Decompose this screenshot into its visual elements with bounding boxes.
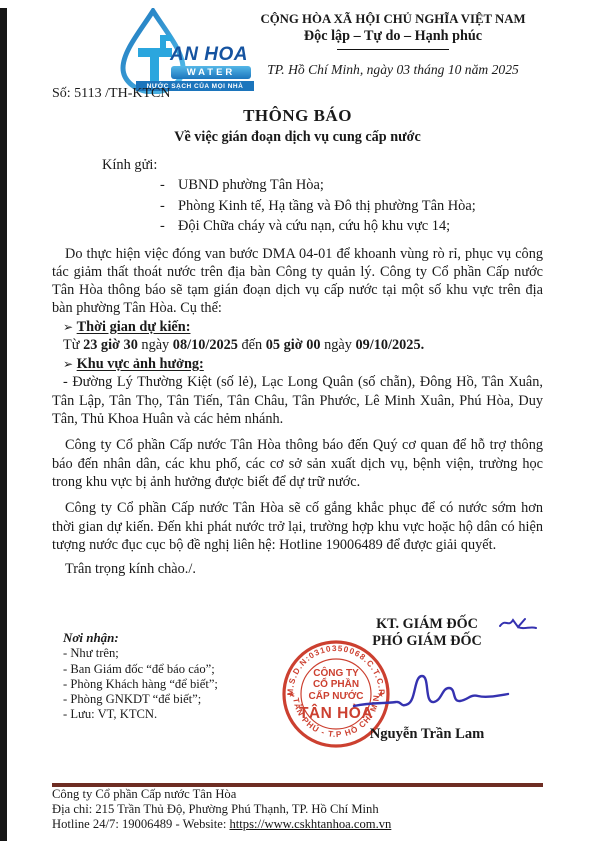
document-number: Số: 5113 /TH-KTCN xyxy=(52,86,170,102)
distribution-item: - Phòng GNKDT “để biết”; xyxy=(63,692,283,707)
logo-water-text: WATER xyxy=(187,67,236,78)
distribution-item: - Lưu: VT, KTCN. xyxy=(63,707,283,722)
closing-salutation: Trân trọng kính chào./. xyxy=(52,560,543,578)
arrow-bullet-icon: ➢ xyxy=(63,320,73,334)
body-paragraph-4: Công ty Cổ phần Cấp nước Tân Hòa sẽ cố g… xyxy=(52,499,543,554)
heading-expected-time: ➢ Thời gian dự kiến: xyxy=(52,318,543,337)
heading-affected-area: ➢ Khu vực ảnh hưởng: xyxy=(52,355,543,374)
recipient-text: Đội Chữa cháy và cứu nạn, cứu hộ khu vực… xyxy=(178,216,450,237)
seal-star-left: ★ xyxy=(288,690,295,699)
footer-address: Địa chỉ: 215 Trần Thủ Độ, Phường Phú Thạ… xyxy=(52,802,543,817)
pen-checkmark xyxy=(498,614,538,634)
document-title-block: THÔNG BÁO Về việc gián đoạn dịch vụ cung… xyxy=(52,106,543,146)
distribution-item: - Ban Giám đốc “để báo cáo”; xyxy=(63,662,283,677)
distribution-item: - Phòng Khách hàng “để biết”; xyxy=(63,677,283,692)
scan-edge-artifact xyxy=(0,8,7,841)
recipients-section: Kính gửi: - UBND phường Tân Hòa; - Phòng… xyxy=(52,155,543,237)
distribution-label: Nơi nhận: xyxy=(63,630,283,646)
footer-contact: Hotline 24/7: 19006489 - Website: https:… xyxy=(52,817,543,832)
footer-company: Công ty Cổ phần Cấp nước Tân Hòa xyxy=(52,787,543,802)
document-subtitle: Về việc gián đoạn dịch vụ cung cấp nước xyxy=(52,128,543,146)
body-paragraph-1: Do thực hiện việc đóng van bước DMA 04-0… xyxy=(52,245,543,318)
signature-section: Nơi nhận: - Như trên; - Ban Giám đốc “để… xyxy=(52,616,543,784)
signer-name: Nguyễn Trần Lam xyxy=(302,726,552,743)
time-range-line: Từ 23 giờ 30 ngày 08/10/2025 đến 05 giờ … xyxy=(52,336,543,355)
document-page: AN HOA WATER NƯỚC SẠCH CỦA MỌI NHÀ Số: 5… xyxy=(0,0,598,841)
affected-streets-list: - Đường Lý Thường Kiệt (số lẻ), Lạc Long… xyxy=(52,373,543,428)
recipient-text: Phòng Kinh tế, Hạ tầng và Đô thị phường … xyxy=(178,196,476,217)
recipient-text: UBND phường Tân Hòa; xyxy=(178,175,324,196)
list-dash: - xyxy=(160,216,178,237)
recipient-item: - Phòng Kinh tế, Hạ tầng và Đô thị phườn… xyxy=(160,196,543,217)
arrow-bullet-icon: ➢ xyxy=(63,357,73,371)
body-paragraph-3: Công ty Cổ phần Cấp nước Tân Hòa thông b… xyxy=(52,436,543,491)
page-footer: Công ty Cổ phần Cấp nước Tân Hòa Địa chỉ… xyxy=(52,783,543,833)
distribution-list: Nơi nhận: - Như trên; - Ban Giám đốc “để… xyxy=(63,630,283,722)
website-link[interactable]: https://www.cskhtanhoa.com.vn xyxy=(230,817,392,831)
list-dash: - xyxy=(160,196,178,217)
letterhead: AN HOA WATER NƯỚC SẠCH CỦA MỌI NHÀ Số: 5… xyxy=(52,6,543,102)
national-title: CỘNG HÒA XÃ HỘI CHỦ NGHĨA VIỆT NAM xyxy=(237,12,549,27)
list-dash: - xyxy=(160,175,178,196)
date-line: TP. Hồ Chí Minh, ngày 03 tháng 10 năm 20… xyxy=(237,62,549,78)
distribution-item: - Như trên; xyxy=(63,646,283,661)
national-motto-block: CỘNG HÒA XÃ HỘI CHỦ NGHĨA VIỆT NAM Độc l… xyxy=(237,12,549,78)
recipients-label: Kính gửi: xyxy=(102,155,543,175)
handwritten-signature xyxy=(352,664,512,724)
recipient-item: - Đội Chữa cháy và cứu nạn, cứu hộ khu v… xyxy=(160,216,543,237)
national-motto: Độc lập – Tự do – Hạnh phúc xyxy=(237,28,549,45)
document-title: THÔNG BÁO xyxy=(52,106,543,126)
motto-underline xyxy=(337,49,449,50)
recipient-item: - UBND phường Tân Hòa; xyxy=(160,175,543,196)
